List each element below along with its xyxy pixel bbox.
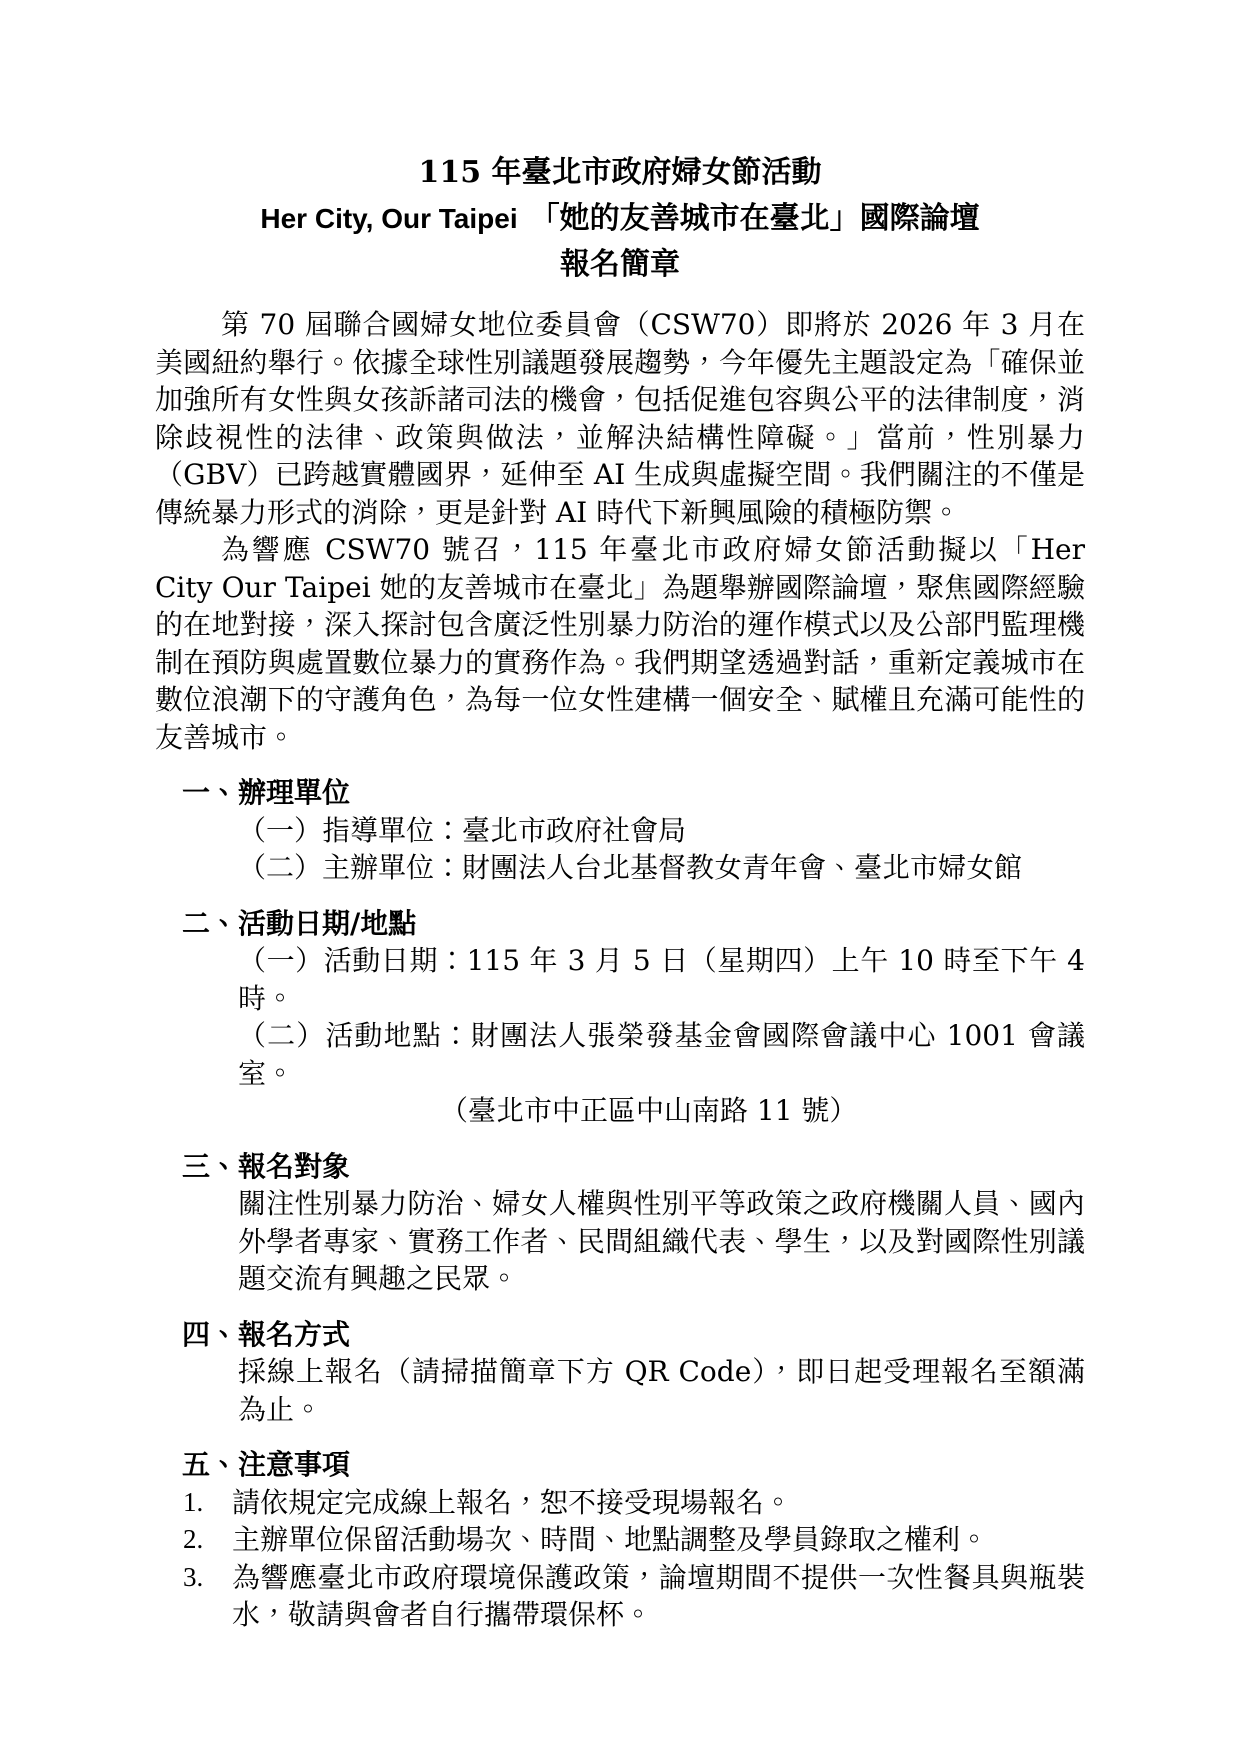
section-registration-heading: 四、報名方式 — [182, 1316, 1085, 1354]
event-date-line: （一）活動日期：115 年 3 月 5 日（星期四）上午 10 時至下午 4 時… — [238, 942, 1085, 1017]
intro-paragraph-1: 第 70 屆聯合國婦女地位委員會（CSW70）即將於 2026 年 3 月在美國… — [155, 306, 1085, 531]
section-audience: 三、報名對象 關注性別暴力防治、婦女人權與性別平等政策之政府機關人員、國內外學者… — [155, 1148, 1085, 1298]
section-registration: 四、報名方式 採線上報名（請掃描簡章下方 QR Code），即日起受理報名至額滿… — [155, 1316, 1085, 1429]
audience-description: 關注性別暴力防治、婦女人權與性別平等政策之政府機關人員、國內外學者專家、實務工作… — [238, 1185, 1085, 1298]
note-item-1-number: 1. — [183, 1484, 203, 1522]
note-item-2-text: 主辦單位保留活動場次、時間、地點調整及學員錄取之權利。 — [232, 1523, 988, 1556]
section-date-location: 二、活動日期/地點 （一）活動日期：115 年 3 月 5 日（星期四）上午 1… — [155, 905, 1085, 1130]
registration-description: 採線上報名（請掃描簡章下方 QR Code），即日起受理報名至額滿為止。 — [238, 1353, 1085, 1428]
note-item-3: 3. 為響應臺北市政府環境保護政策，論壇期間不提供一次性餐具與瓶裝水，敬請與會者… — [155, 1559, 1085, 1634]
notes-list: 1. 請依規定完成線上報名，恕不接受現場報名。 2. 主辦單位保留活動場次、時間… — [155, 1484, 1085, 1634]
title-line-2: Her City, Our Taipei「她的友善城市在臺北」國際論壇 — [155, 196, 1085, 242]
title-line-2-latin: Her City, Our Taipei — [260, 203, 517, 234]
section-organizers-heading: 一、辦理單位 — [182, 774, 1085, 812]
document-content: 115 年臺北市政府婦女節活動 Her City, Our Taipei「她的友… — [155, 150, 1085, 1634]
organizers-host-line: （二）主辦單位：財團法人台北基督教女青年會、臺北市婦女館 — [238, 849, 1085, 887]
section-notes-heading: 五、注意事項 — [182, 1446, 1085, 1484]
title-line-2-cjk: 「她的友善城市在臺北」國際論壇 — [530, 201, 980, 236]
section-audience-heading: 三、報名對象 — [182, 1148, 1085, 1186]
note-item-1: 1. 請依規定完成線上報名，恕不接受現場報名。 — [155, 1484, 1085, 1522]
document-page: 115 年臺北市政府婦女節活動 Her City, Our Taipei「她的友… — [0, 0, 1241, 1755]
title-line-1: 115 年臺北市政府婦女節活動 — [155, 150, 1085, 196]
organizers-advisor-line: （一）指導單位：臺北市政府社會局 — [238, 812, 1085, 850]
event-address-line: （臺北市中正區中山南路 11 號） — [440, 1092, 1085, 1130]
section-date-location-heading: 二、活動日期/地點 — [182, 905, 1085, 943]
note-item-3-number: 3. — [183, 1559, 203, 1597]
note-item-2: 2. 主辦單位保留活動場次、時間、地點調整及學員錄取之權利。 — [155, 1521, 1085, 1559]
document-title: 115 年臺北市政府婦女節活動 Her City, Our Taipei「她的友… — [155, 150, 1085, 288]
event-location-line: （二）活動地點：財團法人張榮發基金會國際會議中心 1001 會議室。 — [238, 1017, 1085, 1092]
section-organizers: 一、辦理單位 （一）指導單位：臺北市政府社會局 （二）主辦單位：財團法人台北基督… — [155, 774, 1085, 887]
note-item-1-text: 請依規定完成線上報名，恕不接受現場報名。 — [232, 1486, 792, 1519]
note-item-3-text: 為響應臺北市政府環境保護政策，論壇期間不提供一次性餐具與瓶裝水，敬請與會者自行攜… — [232, 1561, 1085, 1632]
note-item-2-number: 2. — [183, 1521, 203, 1559]
title-line-3: 報名簡章 — [155, 242, 1085, 288]
intro-paragraph-2: 為響應 CSW70 號召，115 年臺北市政府婦女節活動擬以「Her City … — [155, 531, 1085, 756]
section-notes: 五、注意事項 1. 請依規定完成線上報名，恕不接受現場報名。 2. 主辦單位保留… — [155, 1446, 1085, 1634]
